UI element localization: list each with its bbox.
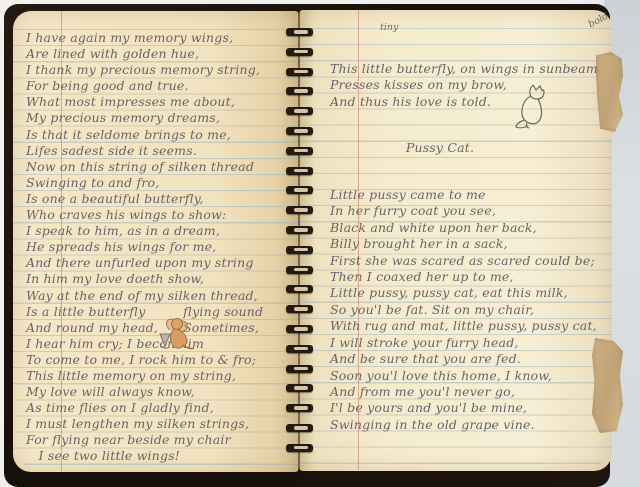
spiral-ring [286,87,313,95]
handwritten-line: I speak to him, as in a dream, [26,223,290,239]
left-page-handwriting: I have again my memory wings,Are lined w… [26,30,290,465]
spiral-ring-highlight [294,228,308,232]
handwritten-line: In him my love doeth show, [26,271,290,287]
spiral-ring-highlight [294,268,308,272]
spiral-ring [286,28,313,36]
handwritten-line: This little butterfly, on wings in sunbe… [330,61,606,77]
spiral-ring-highlight [294,347,308,351]
handwritten-line: I'l be yours and you'l be mine, [330,400,606,416]
spiral-ring [286,226,313,234]
handwritten-line: And thus his love is told. [330,94,606,110]
handwritten-line: For being good and true. [26,78,290,94]
spiral-ring [286,167,313,175]
spiral-ring [286,444,313,452]
handwritten-line: Way at the end of my silken thread, [26,288,290,304]
handwritten-line: This little memory on my string, [26,368,290,384]
spiral-ring [286,186,313,194]
cat-sketch [511,82,551,130]
poem-butterfly-end: This little butterfly, on wings in sunbe… [330,61,606,110]
handwritten-line: What most impresses me about, [26,94,290,110]
handwritten-line: Billy brought her in a sack, [330,236,606,252]
spiral-ring [286,285,313,293]
spiral-ring-highlight [294,248,308,252]
spiral-ring-highlight [294,50,308,54]
spiral-ring-highlight [294,30,308,34]
handwritten-line: I thank my precious memory string, [26,62,290,78]
handwritten-line: And there unfurled upon my string [26,255,290,271]
handwritten-line: With rug and mat, little pussy, pussy ca… [330,318,606,334]
spiral-ring [286,127,313,135]
spiral-ring [286,266,313,274]
spiral-ring [286,68,313,76]
spiral-ring-highlight [294,327,308,331]
handwritten-line: I must lengthen my silken strings, [26,416,290,432]
spiral-ring-highlight [294,109,308,113]
handwritten-line: So you'l be fat. Sit on my chair, [330,302,606,318]
spiral-ring-highlight [294,367,308,371]
handwritten-line: Swinging to and fro, [26,175,290,191]
spiral-ring-highlight [294,208,308,212]
spiral-ring [286,325,313,333]
handwritten-line: My love will always know, [26,384,290,400]
spiral-ring-highlight [294,89,308,93]
inserted-word-tiny: tiny [380,22,398,33]
handwritten-line: Little pussy, pussy cat, eat this milk, [330,285,606,301]
handwritten-line: Are lined with golden hue, [26,46,290,62]
handwritten-line: For flying near beside my chair [26,432,290,448]
handwritten-line: Black and white upon her back, [330,220,606,236]
spiral-ring-highlight [294,287,308,291]
spiral-ring-highlight [294,386,308,390]
butterfly-cherub-sketch [150,316,198,362]
spiral-ring-highlight [294,169,308,173]
handwritten-line: And be sure that you are fed. [330,351,606,367]
handwritten-line: Lifes sadest side it seems. [26,143,290,159]
spiral-ring [286,424,313,432]
right-page-handwriting: This little butterfly, on wings in sunbe… [330,31,606,463]
handwritten-line: As time flies on I gladly find, [26,400,290,416]
spiral-ring-highlight [294,149,308,153]
poem-heading-pussy-cat: Pussy Cat. [330,140,606,156]
spiral-ring-highlight [294,426,308,430]
spiral-ring [286,365,313,373]
handwritten-line: In her furry coat you see, [330,203,606,219]
notebook-photo: I have again my memory wings,Are lined w… [0,0,640,487]
poem-pussy-cat: Little pussy came to meIn her furry coat… [330,187,606,434]
handwritten-line: He spreads his wings for me, [26,239,290,255]
spiral-ring [286,384,313,392]
spiral-ring-highlight [294,70,308,74]
handwritten-line: First she was scared as scared could be; [330,253,606,269]
handwritten-line: And from me you'l never go, [330,384,606,400]
spiral-ring [286,305,313,313]
spiral-ring [286,246,313,254]
handwritten-line: I will stroke your furry head, [330,335,606,351]
spiral-ring [286,404,313,412]
handwritten-line: I see two little wings! [26,448,290,464]
handwritten-line: Is one a beautiful butterfly, [26,191,290,207]
handwritten-line: Little pussy came to me [330,187,606,203]
spiral-ring [286,107,313,115]
handwritten-line: I have again my memory wings, [26,30,290,46]
handwritten-line: Now on this string of silken thread [26,159,290,175]
spiral-ring-highlight [294,188,308,192]
handwritten-line: Then I coaxed her up to me, [330,269,606,285]
spiral-ring-highlight [294,307,308,311]
spiral-ring [286,345,313,353]
handwritten-line: Swinging in the old grape vine. [330,417,606,433]
spiral-ring-highlight [294,129,308,133]
spiral-ring [286,48,313,56]
spiral-binding [286,28,314,464]
handwritten-line: My precious memory dreams, [26,110,290,126]
handwritten-line: Is that it seldome brings to me, [26,127,290,143]
spiral-ring [286,206,313,214]
handwritten-line: Who craves his wings to show: [26,207,290,223]
handwritten-line: Presses kisses on my brow, [330,77,606,93]
spiral-ring-highlight [294,406,308,410]
spiral-ring [286,147,313,155]
spiral-ring-highlight [294,446,308,450]
handwritten-line: Soon you'l love this home, I know, [330,368,606,384]
